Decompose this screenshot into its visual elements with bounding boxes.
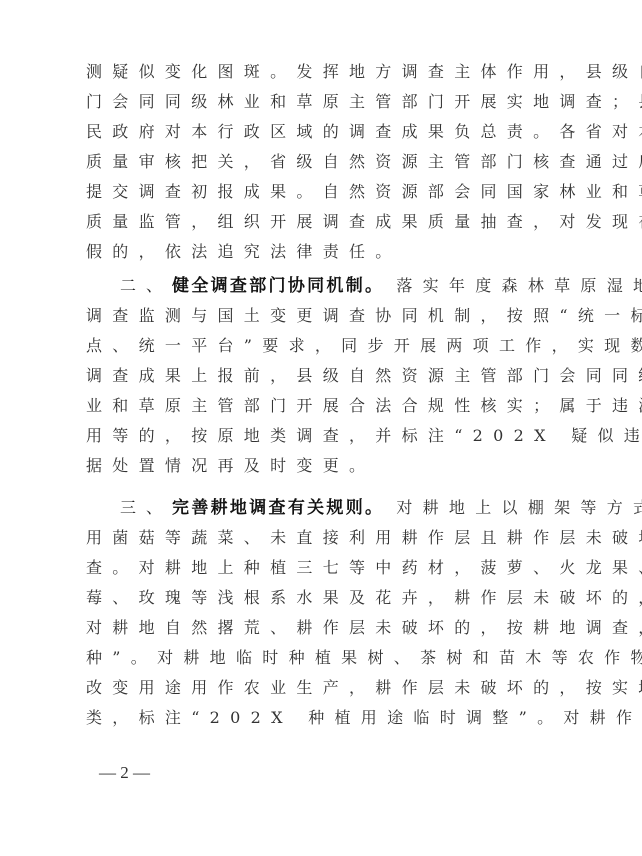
text-line: 种”。对耕地临时种植果树、茶树和苗木等农作物以及其他临时 — [86, 643, 562, 673]
text-line: 质量审核把关，省级自然资源主管部门核查通过后向自然资源部 — [86, 147, 562, 177]
text-line: 测疑似变化图斑。发挥地方调查主体作用，县级自然资源主管部 — [86, 57, 562, 87]
text-line: 用菌菇等蔬菜、未直接利用耕作层且耕作层未破坏的，按耕地调 — [86, 523, 562, 553]
text-line: 门会同同级林业和草原主管部门开展实地调查；县级以上地方人 — [86, 87, 562, 117]
text-line: 据处置情况再及时变更。 — [86, 451, 562, 481]
section-heading: 二、健全调查部门协同机制。落实年度森林草原湿地荒漠化 — [86, 271, 562, 301]
section-number: 三、 — [120, 498, 172, 517]
section-title: 完善耕地调查有关规则。 — [172, 498, 384, 518]
text-line: 调查成果上报前，县级自然资源主管部门会同同级农业农村、林 — [86, 361, 562, 391]
section-title: 健全调查部门协同机制。 — [172, 276, 384, 296]
text-line: 点、统一平台”要求，同步开展两项工作，实现数据联动更新。 — [86, 331, 562, 361]
paragraph-1: 测疑似变化图斑。发挥地方调查主体作用，县级自然资源主管部 门会同同级林业和草原主… — [86, 57, 562, 267]
section-heading: 三、完善耕地调查有关规则。对耕地上以棚架等方式培植食 — [86, 493, 562, 523]
text-line: 假的，依法追究法律责任。 — [86, 237, 562, 267]
text-line: 民政府对本行政区域的调查成果负总责。各省对本地区调查成果 — [86, 117, 562, 147]
text-line: 莓、玫瑰等浅根系水果及花卉，耕作层未破坏的，按耕地调查。 — [86, 583, 562, 613]
section-first-line-text: 对耕地上以棚架等方式培植食 — [396, 498, 642, 517]
section-2: 二、健全调查部门协同机制。落实年度森林草原湿地荒漠化 调查监测与国土变更调查协同… — [86, 271, 562, 481]
text-line: 业和草原主管部门开展合法合规性核实；属于违法违规开垦、占 — [86, 391, 562, 421]
text-line: 改变用途用作农业生产，耕作层未破坏的，按实地现状调查地 — [86, 673, 562, 703]
section-first-line-text: 落实年度森林草原湿地荒漠化 — [396, 276, 642, 295]
section-3: 三、完善耕地调查有关规则。对耕地上以棚架等方式培植食 用菌菇等蔬菜、未直接利用耕… — [86, 493, 562, 733]
text-line: 提交调查初报成果。自然资源部会同国家林业和草原局加强调查 — [86, 177, 562, 207]
text-line: 对耕地自然撂荒、耕作层未破坏的，按耕地调查，标注“未耕 — [86, 613, 562, 643]
text-line: 质量监管，组织开展调查成果质量抽查，对发现存在故意弄虚作 — [86, 207, 562, 237]
text-line: 类，标注“202X 种植用途临时调整”。对耕作层严重破坏、基本 — [86, 703, 562, 733]
text-line: 查。对耕地上种植三七等中药材，菠萝、火龙果、百香果、蓝 — [86, 553, 562, 583]
text-line: 调查监测与国土变更调查协同机制，按照“统一标准、统一时 — [86, 301, 562, 331]
page-number: — 2 — — [99, 763, 150, 783]
document-page: 测疑似变化图斑。发挥地方调查主体作用，县级自然资源主管部 门会同同级林业和草原主… — [86, 57, 562, 733]
section-number: 二、 — [120, 276, 172, 295]
text-line: 用等的，按原地类调查，并标注“202X 疑似违法违规”，后续根 — [86, 421, 562, 451]
paragraph-spacer — [86, 481, 562, 493]
